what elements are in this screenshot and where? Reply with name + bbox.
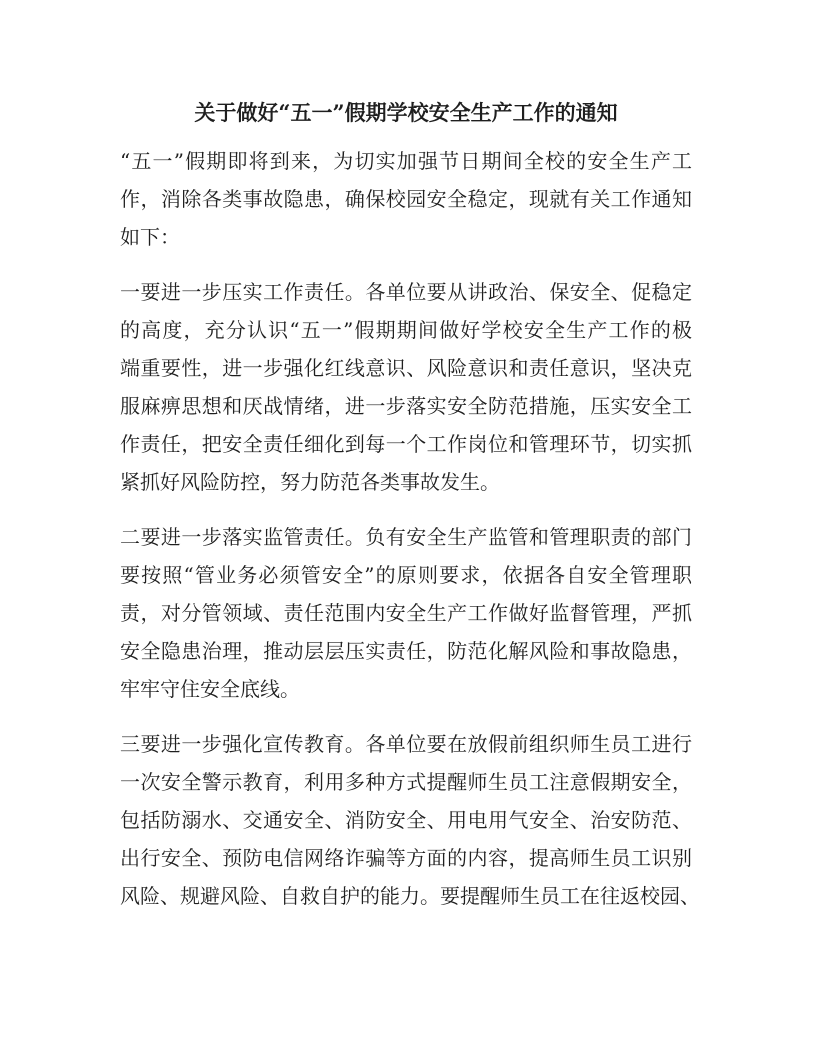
document-page: 关于做好“五一”假期学校安全生产工作的通知 “五一”假期即将到来，为切实加强节日… [0, 0, 816, 1056]
document-body: “五一”假期即将到来，为切实加强节日期间全校的安全生产工作，消除各类事故隐患，确… [120, 142, 692, 915]
text-line: 二要进一步落实监管责任。负有安全生产监管和管理职责的部门 [120, 518, 692, 556]
text-line: 如下： [120, 218, 692, 256]
text-line: 服麻痹思想和厌战情绪，进一步落实安全防范措施，压实安全工 [120, 387, 692, 425]
document-title: 关于做好“五一”假期学校安全生产工作的通知 [120, 94, 692, 132]
text-line: 一次安全警示教育，利用多种方式提醒师生员工注意假期安全， [120, 763, 692, 801]
text-line: 端重要性，进一步强化红线意识、风险意识和责任意识，坚决克 [120, 349, 692, 387]
paragraph: “五一”假期即将到来，为切实加强节日期间全校的安全生产工作，消除各类事故隐患，确… [120, 142, 692, 256]
paragraph: 二要进一步落实监管责任。负有安全生产监管和管理职责的部门要按照“管业务必须管安全… [120, 518, 692, 708]
text-line: 安全隐患治理，推动层层压实责任，防范化解风险和事故隐患， [120, 632, 692, 670]
text-line: “五一”假期即将到来，为切实加强节日期间全校的安全生产工 [120, 142, 692, 180]
text-line: 一要进一步压实工作责任。各单位要从讲政治、保安全、促稳定 [120, 273, 692, 311]
text-line: 牢牢守住安全底线。 [120, 670, 692, 708]
text-line: 紧抓好风险防控，努力防范各类事故发生。 [120, 463, 692, 501]
text-line: 出行安全、预防电信网络诈骗等方面的内容，提高师生员工识别 [120, 839, 692, 877]
text-line: 作，消除各类事故隐患，确保校园安全稳定，现就有关工作通知 [120, 180, 692, 218]
text-line: 包括防溺水、交通安全、消防安全、用电用气安全、治安防范、 [120, 801, 692, 839]
paragraph: 一要进一步压实工作责任。各单位要从讲政治、保安全、促稳定的高度，充分认识“五一”… [120, 273, 692, 501]
text-line: 作责任，把安全责任细化到每一个工作岗位和管理环节，切实抓 [120, 425, 692, 463]
paragraph: 三要进一步强化宣传教育。各单位要在放假前组织师生员工进行一次安全警示教育，利用多… [120, 725, 692, 915]
text-line: 的高度，充分认识“五一”假期期间做好学校安全生产工作的极 [120, 311, 692, 349]
text-line: 责，对分管领域、责任范围内安全生产工作做好监督管理，严抓 [120, 594, 692, 632]
text-line: 风险、规避风险、自救自护的能力。要提醒师生员工在往返校园、 [120, 877, 692, 915]
text-line: 要按照“管业务必须管安全”的原则要求，依据各自安全管理职 [120, 556, 692, 594]
text-line: 三要进一步强化宣传教育。各单位要在放假前组织师生员工进行 [120, 725, 692, 763]
